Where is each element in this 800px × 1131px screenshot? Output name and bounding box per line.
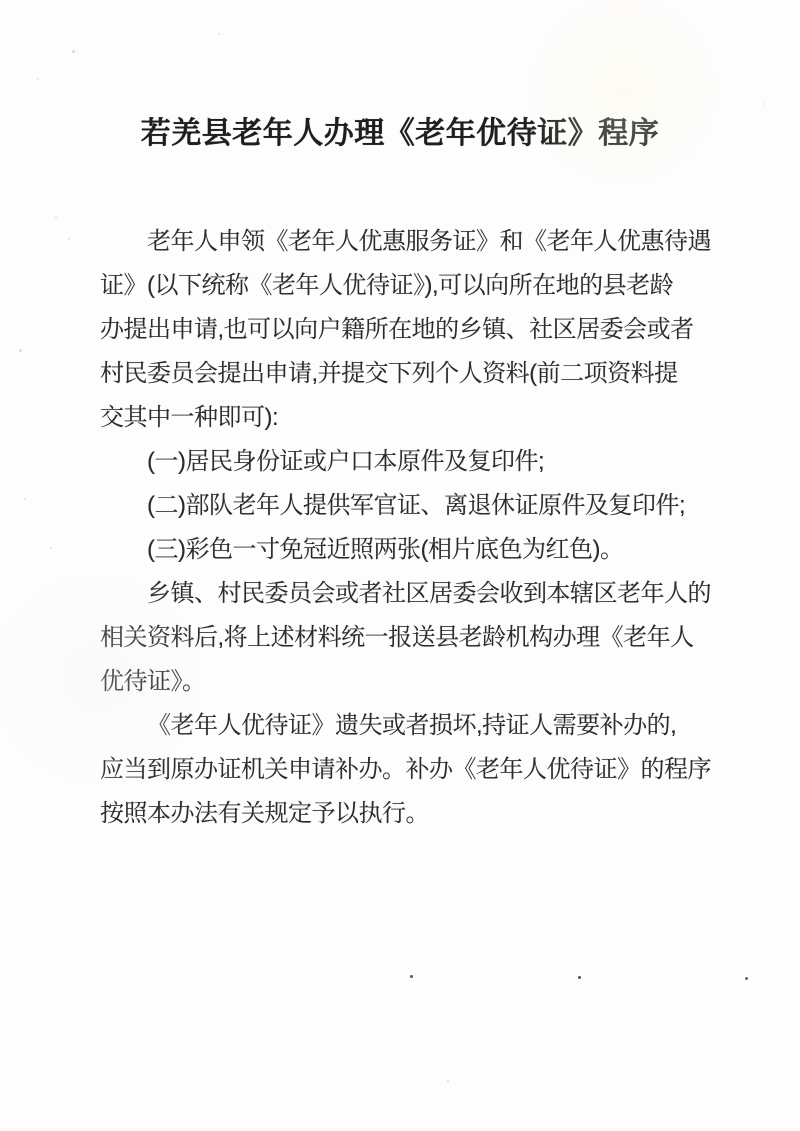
text-line: 乡镇、村民委员会或者社区居委会收到本辖区老年人的 (100, 572, 715, 616)
scan-speck (578, 976, 581, 979)
scan-speck (37, 78, 39, 80)
text-line: 办提出申请,也可以向户籍所在地的乡镇、社区居委会或者 (100, 308, 715, 352)
text-line: (三)彩色一寸免冠近照两张(相片底色为红色)。 (100, 528, 715, 572)
document-page: 若羌县老年人办理《老年优待证》程序 老年人申领《老年人优惠服务证》和《老年人优惠… (0, 0, 800, 1131)
scan-speck (19, 349, 22, 352)
scan-speck (50, 547, 52, 549)
scan-speck (72, 50, 75, 53)
scan-speck (447, 1080, 449, 1082)
scan-speck (68, 238, 70, 240)
text-line: 按照本办法有关规定予以执行。 (100, 792, 715, 836)
text-line: 应当到原办证机关申请补办。补办《老年人优待证》的程序 (100, 748, 715, 792)
scan-speck (24, 498, 26, 500)
text-line: 证》(以下统称《老年人优待证》),可以向所在地的县老龄 (100, 264, 715, 308)
document-title: 若羌县老年人办理《老年优待证》程序 (0, 112, 800, 156)
scan-speck (763, 103, 765, 105)
text-line: (一)居民身份证或户口本原件及复印件; (100, 440, 715, 484)
scan-speck (745, 977, 748, 980)
text-line: (二)部队老年人提供军官证、离退休证原件及复印件; (100, 484, 715, 528)
scan-speck (410, 975, 413, 978)
text-line: 相关资料后,将上述材料统一报送县老龄机构办理《老年人 (100, 616, 715, 660)
text-line: 村民委员会提出申请,并提交下列个人资料(前二项资料提 (100, 352, 715, 396)
text-line: 交其中一种即可): (100, 396, 715, 440)
document-body: 老年人申领《老年人优惠服务证》和《老年人优惠待遇证》(以下统称《老年人优待证》)… (100, 220, 715, 836)
text-line: 优待证》。 (100, 660, 715, 704)
scan-speck (218, 33, 220, 35)
text-line: 《老年人优待证》遗失或者损坏,持证人需要补办的, (100, 704, 715, 748)
text-line: 老年人申领《老年人优惠服务证》和《老年人优惠待遇 (100, 220, 715, 264)
scan-speck (55, 217, 57, 219)
